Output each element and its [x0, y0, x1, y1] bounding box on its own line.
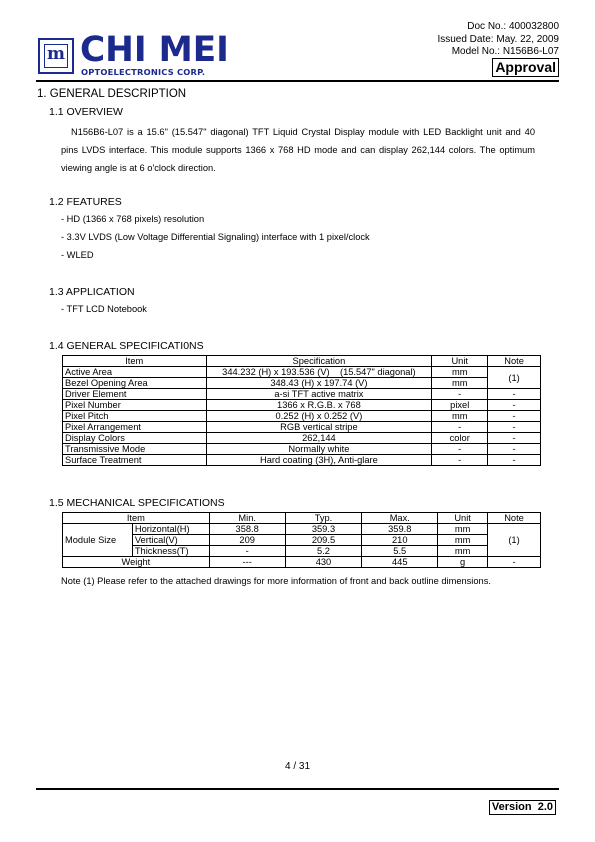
cell-unit: mm	[432, 367, 488, 378]
cell-spec: 344.232 (H) x 193.536 (V) (15.547" diago…	[206, 367, 432, 378]
cell-unit: -	[432, 455, 488, 466]
cell-unit: mm	[432, 378, 488, 389]
table-row: Display Colors 262,144 color -	[63, 433, 541, 444]
cell-note: -	[488, 557, 541, 568]
overview-paragraph: N156B6-L07 is a 15.6" (15.547" diagonal)…	[61, 123, 535, 177]
cell-note: -	[488, 411, 541, 422]
cell-unit: -	[432, 422, 488, 433]
cell-item: Display Colors	[63, 433, 207, 444]
cell-spec: Normally white	[206, 444, 432, 455]
feature-item: - HD (1366 x 768 pixels) resolution	[61, 214, 204, 224]
table-header-row: Item Min. Typ. Max. Unit Note	[63, 513, 541, 524]
table-row: Weight --- 430 445 g -	[63, 557, 541, 568]
cell-note: (1)	[488, 524, 541, 557]
cell-item: Vertical(V)	[132, 535, 209, 546]
feature-item: - 3.3V LVDS (Low Voltage Differential Si…	[61, 232, 370, 242]
cell-unit: mm	[432, 411, 488, 422]
header-item: Item	[63, 356, 207, 367]
cell-unit: -	[432, 389, 488, 400]
document-meta: Doc No.: 400032800 Issued Date: May. 22,…	[437, 21, 559, 59]
cell-item: Pixel Number	[63, 400, 207, 411]
company-subtitle: OPTOELECTRONICS CORP.	[81, 67, 205, 77]
header-specification: Specification	[206, 356, 432, 367]
cell-unit: g	[438, 557, 488, 568]
header-min: Min.	[209, 513, 285, 524]
cell-min: ---	[209, 557, 285, 568]
cell-typ: 5.2	[285, 546, 362, 557]
table-row: Pixel Pitch 0.252 (H) x 0.252 (V) mm -	[63, 411, 541, 422]
cell-spec: 348.43 (H) x 197.74 (V)	[206, 378, 432, 389]
version-badge: Version 2.0	[489, 800, 556, 815]
cell-item: Surface Treatment	[63, 455, 207, 466]
cell-item: Bezel Opening Area	[63, 378, 207, 389]
subsection-title-features: 1.2 FEATURES	[49, 196, 122, 208]
table-row: Bezel Opening Area 348.43 (H) x 197.74 (…	[63, 378, 541, 389]
cell-item: Horizontal(H)	[132, 524, 209, 535]
cell-group-module-size: Module Size	[63, 524, 133, 557]
table-row: Module Size Horizontal(H) 358.8 359.3 35…	[63, 524, 541, 535]
subsection-title-application: 1.3 APPLICATION	[49, 286, 135, 298]
logo-m-icon: m	[40, 45, 72, 63]
cell-min: 209	[209, 535, 285, 546]
header-unit: Unit	[438, 513, 488, 524]
cell-max: 210	[362, 535, 438, 546]
header-note: Note	[488, 356, 541, 367]
cell-min: -	[209, 546, 285, 557]
cell-unit: pixel	[432, 400, 488, 411]
cell-spec: 262,144	[206, 433, 432, 444]
cell-typ: 430	[285, 557, 362, 568]
cell-unit: -	[432, 444, 488, 455]
cell-unit: mm	[438, 535, 488, 546]
header-typ: Typ.	[285, 513, 362, 524]
cell-max: 359.8	[362, 524, 438, 535]
cell-spec: 0.252 (H) x 0.252 (V)	[206, 411, 432, 422]
page-number: 4 / 31	[0, 761, 595, 772]
cell-note: -	[488, 444, 541, 455]
cell-typ: 359.3	[285, 524, 362, 535]
subsection-title-mechanical-specs: 1.5 MECHANICAL SPECIFICATIONS	[49, 497, 225, 509]
cell-item: Thickness(T)	[132, 546, 209, 557]
table-row: Surface Treatment Hard coating (3H), Ant…	[63, 455, 541, 466]
header-divider	[36, 80, 559, 82]
table-row: Pixel Number 1366 x R.G.B. x 768 pixel -	[63, 400, 541, 411]
cell-note: (1)	[488, 367, 541, 389]
mechanical-specifications-table: Item Min. Typ. Max. Unit Note Module Siz…	[62, 512, 541, 568]
application-item: - TFT LCD Notebook	[61, 304, 147, 314]
company-name: CHI MEI	[80, 30, 229, 70]
table-row: Thickness(T) - 5.2 5.5 mm	[63, 546, 541, 557]
general-specifications-table: Item Specification Unit Note Active Area…	[62, 355, 541, 466]
subsection-title-overview: 1.1 OVERVIEW	[49, 106, 123, 118]
cell-note: -	[488, 389, 541, 400]
cell-spec: a-si TFT active matrix	[206, 389, 432, 400]
cell-note: -	[488, 422, 541, 433]
cell-unit: color	[432, 433, 488, 444]
header-unit: Unit	[432, 356, 488, 367]
cell-weight-label: Weight	[63, 557, 210, 568]
cell-spec: 1366 x R.G.B. x 768	[206, 400, 432, 411]
cell-item: Active Area	[63, 367, 207, 378]
header-max: Max.	[362, 513, 438, 524]
cell-note: -	[488, 433, 541, 444]
table-row: Driver Element a-si TFT active matrix - …	[63, 389, 541, 400]
table-row: Vertical(V) 209 209.5 210 mm	[63, 535, 541, 546]
cell-min: 358.8	[209, 524, 285, 535]
cell-note: -	[488, 455, 541, 466]
doc-number: Doc No.: 400032800	[437, 21, 559, 34]
header-item: Item	[63, 513, 210, 524]
section-title: 1. GENERAL DESCRIPTION	[37, 88, 186, 100]
table-row: Active Area 344.232 (H) x 193.536 (V) (1…	[63, 367, 541, 378]
cell-unit: mm	[438, 524, 488, 535]
company-logo-mark: m	[38, 38, 74, 74]
cell-typ: 209.5	[285, 535, 362, 546]
cell-item: Transmissive Mode	[63, 444, 207, 455]
model-number: Model No.: N156B6-L07	[437, 46, 559, 59]
footer-divider	[36, 788, 559, 790]
cell-max: 5.5	[362, 546, 438, 557]
approval-badge: Approval	[492, 58, 559, 77]
cell-unit: mm	[438, 546, 488, 557]
cell-max: 445	[362, 557, 438, 568]
table-header-row: Item Specification Unit Note	[63, 356, 541, 367]
feature-item: - WLED	[61, 250, 94, 260]
cell-item: Driver Element	[63, 389, 207, 400]
cell-item: Pixel Arrangement	[63, 422, 207, 433]
mechanical-note: Note (1) Please refer to the attached dr…	[61, 576, 491, 586]
subsection-title-general-specs: 1.4 GENERAL SPECIFICATI0NS	[49, 340, 204, 352]
cell-spec: RGB vertical stripe	[206, 422, 432, 433]
issued-date: Issued Date: May. 22, 2009	[437, 34, 559, 47]
cell-spec: Hard coating (3H), Anti-glare	[206, 455, 432, 466]
header-note: Note	[488, 513, 541, 524]
table-row: Pixel Arrangement RGB vertical stripe - …	[63, 422, 541, 433]
table-row: Transmissive Mode Normally white - -	[63, 444, 541, 455]
cell-item: Pixel Pitch	[63, 411, 207, 422]
cell-note: -	[488, 400, 541, 411]
